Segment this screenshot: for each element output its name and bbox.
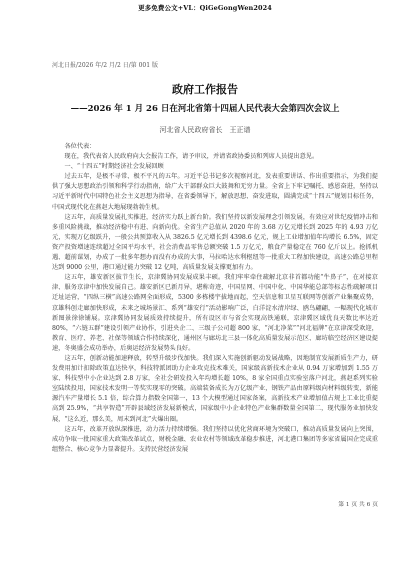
paragraph: 现在，我代表省人民政府向大会报告工作，请予审议，并请省政协委员和列席人员提出意见… xyxy=(52,152,378,162)
paragraph: 这五年，创新动能加速释放，转型升级步伐加快。我们深入实施创新驱动发展战略，因地制… xyxy=(52,354,378,425)
source-line: 河北日报/2026 年/2 月/2 日/第 001 版 xyxy=(52,60,158,69)
document-author: 河北省人民政府省长 王正谱 xyxy=(0,125,410,135)
paragraph: 这五年，改革开放纵深推进，动力活力持续增强。我们坚持以优化营商环境为突破口，推动… xyxy=(52,425,378,455)
section-heading: 一、“十四五”时期经济社会发展回顾 xyxy=(52,162,378,172)
paragraph: 这五年，高质量发展扎实推进，经济实力跃上新台阶。我们坚持以新发展理念引领发展，有… xyxy=(52,213,378,274)
promo-banner: 更多免费公文+VL：QiGeGongWen2024 xyxy=(0,3,410,12)
salutation: 各位代表： xyxy=(52,142,378,152)
paragraph: 这五年，雄安新区拔节生长，京津冀协同发展成果丰硕。我们牢牢牵住疏解北京非首都功能… xyxy=(52,273,378,354)
paragraph: 过去五年，是极不寻常、极不平凡的五年。习近平总书记多次视察河北，发表重要讲话、作… xyxy=(52,172,378,212)
document-body: 各位代表： 现在，我代表省人民政府向大会报告工作，请予审议，并请省政协委员和列席… xyxy=(52,142,378,455)
document-title: 政府工作报告 xyxy=(0,81,410,97)
document-subtitle: ——2026 年 1 月 26 日在河北省第十四届人民代表大会第四次会议上 xyxy=(0,102,410,114)
page-indicator: 第 1 页 共 6 页 xyxy=(300,499,378,508)
